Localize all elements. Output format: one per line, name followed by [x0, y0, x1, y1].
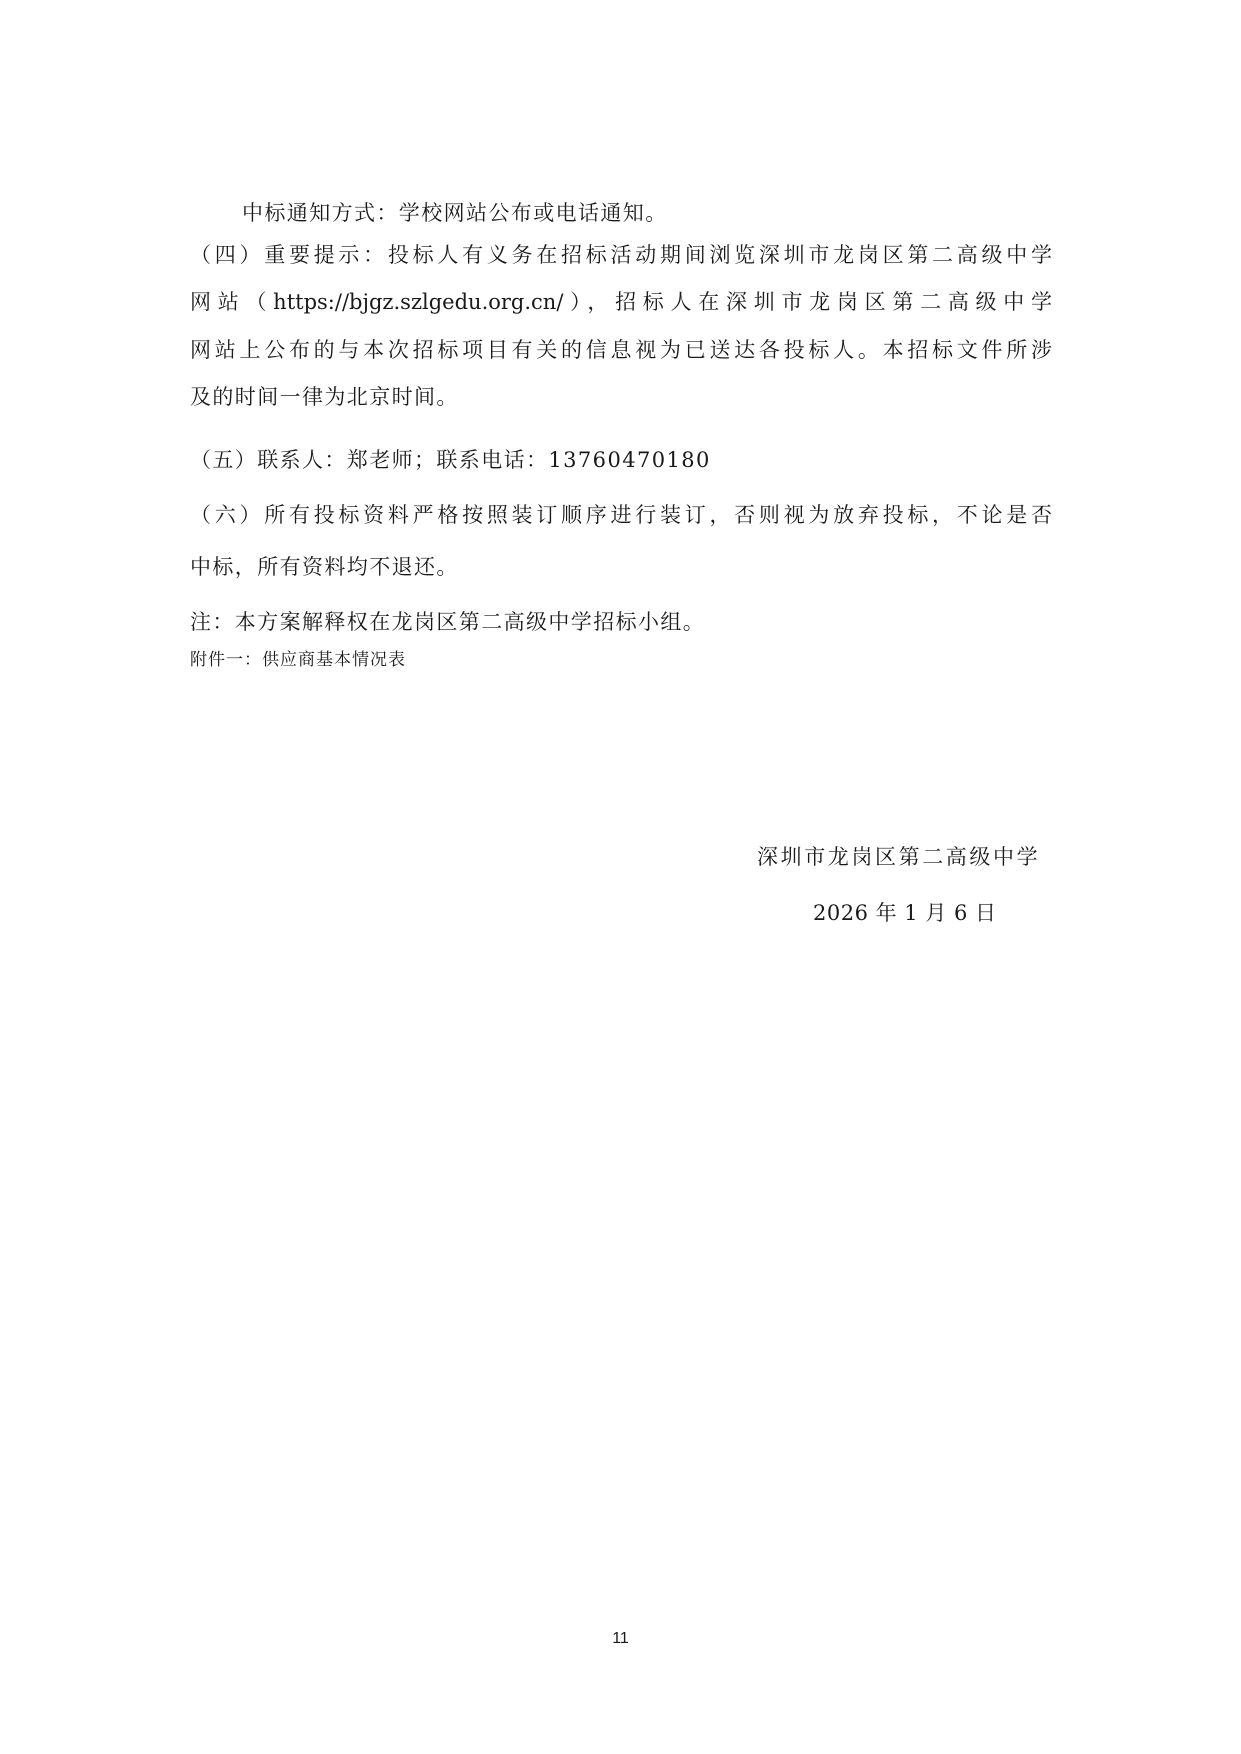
interpretation-note: 注：本方案解释权在龙岗区第二高级中学招标小组。 — [190, 608, 705, 636]
important-notice-line-2: 网站（https://bjgz.szlgedu.org.cn/），招标人在深圳市… — [190, 288, 1052, 316]
page-number: 11 — [0, 1630, 1241, 1648]
notification-method-text: 中标通知方式：学校网站公布或电话通知。 — [242, 199, 668, 227]
important-notice-line-4: 及的时间一律为北京时间。 — [190, 383, 459, 411]
important-notice-line-3: 网站上公布的与本次招标项目有关的信息视为已送达各投标人。本招标文件所涉 — [190, 336, 1052, 364]
signature-date: 2026 年 1 月 6 日 — [813, 899, 997, 927]
binding-requirement-line-2: 中标，所有资料均不退还。 — [190, 553, 459, 581]
attachment-label: 附件一：供应商基本情况表 — [190, 646, 406, 674]
signature-organization: 深圳市龙岗区第二高级中学 — [757, 843, 1040, 871]
binding-requirement-line-1: （六）所有投标资料严格按照装订顺序进行装订，否则视为放弃投标，不论是否 — [190, 501, 1052, 529]
contact-info-text: （五）联系人：郑老师；联系电话：13760470180 — [190, 446, 711, 474]
document-page: 中标通知方式：学校网站公布或电话通知。 （四）重要提示：投标人有义务在招标活动期… — [0, 0, 1241, 1754]
important-notice-line-1: （四）重要提示：投标人有义务在招标活动期间浏览深圳市龙岗区第二高级中学 — [190, 241, 1052, 269]
